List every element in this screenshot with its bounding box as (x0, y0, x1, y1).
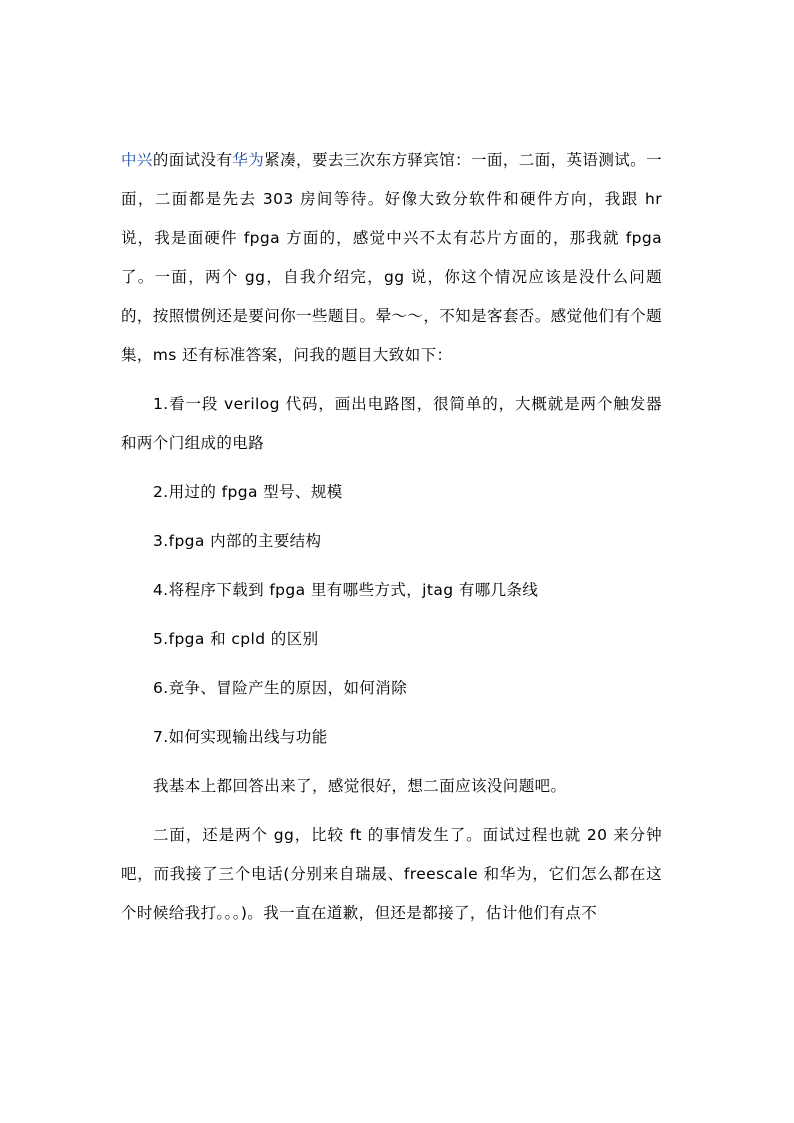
question-6: 6.竞争、冒险产生的原因，如何消除 (121, 669, 662, 708)
question-5: 5.fpga 和 cpld 的区别 (121, 620, 662, 659)
summary-paragraph: 我基本上都回答出来了，感觉很好，想二面应该没问题吧。 (121, 767, 662, 806)
question-7: 7.如何实现输出线与功能 (121, 718, 662, 757)
intro-text-1: 的面试没有 (153, 151, 233, 169)
second-interview-paragraph: 二面，还是两个 gg，比较 ft 的事情发生了。面试过程也就 20 来分钟吧，而… (121, 816, 662, 933)
intro-text-2: 紧凑，要去三次东方驿宾馆：一面，二面，英语测试。一面，二面都是先去 303 房间… (121, 151, 662, 364)
question-3: 3.fpga 内部的主要结构 (121, 522, 662, 561)
document-page: 中兴的面试没有华为紧凑，要去三次东方驿宾馆：一面，二面，英语测试。一面，二面都是… (121, 141, 662, 933)
link-zte[interactable]: 中兴 (121, 151, 153, 169)
intro-paragraph: 中兴的面试没有华为紧凑，要去三次东方驿宾馆：一面，二面，英语测试。一面，二面都是… (121, 141, 662, 375)
question-2: 2.用过的 fpga 型号、规模 (121, 473, 662, 512)
question-4: 4.将程序下载到 fpga 里有哪些方式，jtag 有哪几条线 (121, 571, 662, 610)
link-huawei[interactable]: 华为 (232, 151, 264, 169)
question-1: 1.看一段 verilog 代码，画出电路图，很简单的，大概就是两个触发器和两个… (121, 385, 662, 463)
